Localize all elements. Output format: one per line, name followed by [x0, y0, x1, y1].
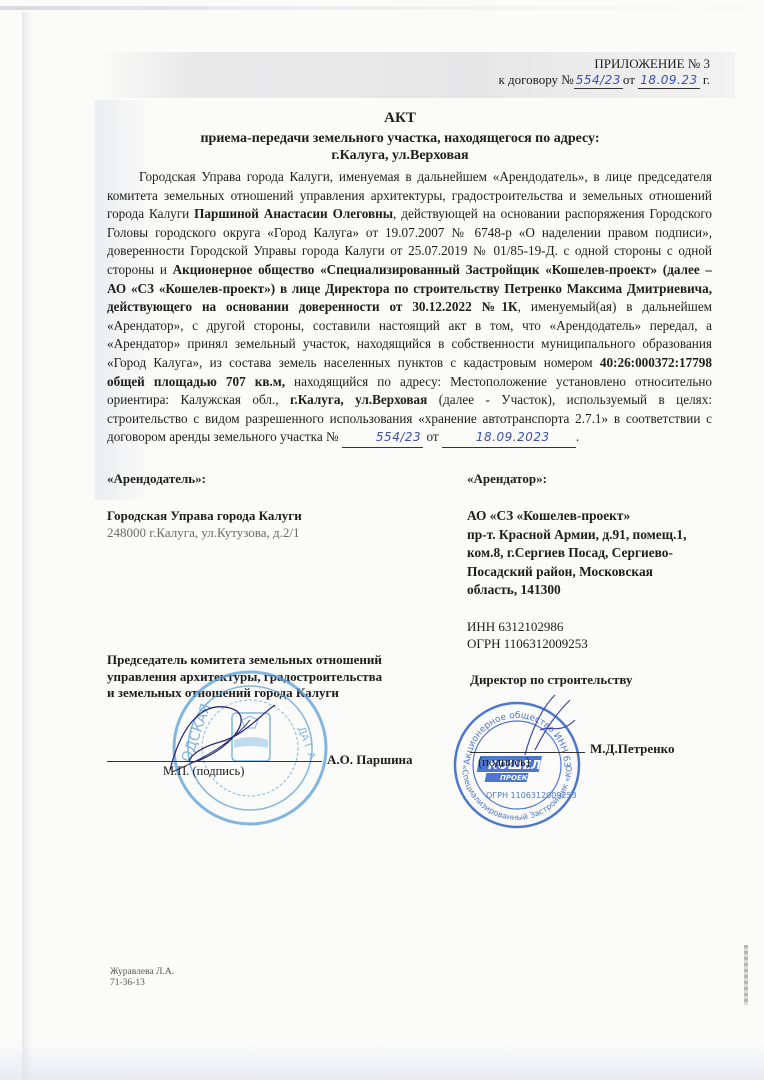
handwritten-contract-number: 554/23 — [574, 72, 623, 89]
svg-text:ДА Г А: ДА Г А — [295, 725, 317, 761]
lessee-position: Директор по строительству — [470, 672, 632, 688]
lessee-signer-name: М.Д.Петренко — [590, 741, 674, 757]
annex-title: ПРИЛОЖЕНИЕ № 3 — [498, 56, 710, 72]
lessee-ogrn: ОГРН 1106312009253 — [467, 635, 747, 652]
scan-shade — [0, 1040, 764, 1080]
lessor-position: Председатель комитета земельных отношени… — [107, 652, 417, 702]
lessee-address-line: пр-т. Красной Армии, д.91, помещ.1, — [467, 526, 747, 545]
handwritten-date: 18.09.23 — [638, 72, 699, 89]
lessor-heading: «Арендодатель»: — [107, 470, 427, 487]
handwritten-date: 18.09.2023 — [442, 428, 576, 448]
lessee-signature-caption: (подпись) — [478, 755, 530, 770]
lessee-heading: «Арендатор»: — [467, 470, 747, 487]
lessee-address-line: Посадский район, Московская — [467, 563, 747, 582]
lessor-block: «Арендодатель»: Городская Управа города … — [107, 470, 427, 541]
title-subject: приема-передачи земельного участка, нахо… — [100, 130, 700, 147]
lessee-inn: ИНН 6312102986 — [467, 618, 747, 635]
scan-edge-top — [0, 6, 764, 10]
act-body-paragraph: Городская Управа города Калуги, именуема… — [107, 168, 712, 448]
lessee-org: АО «СЗ «Кошелев-проект» — [467, 507, 747, 526]
lessor-signature-caption: М.П. (подпись) — [163, 764, 244, 779]
lessor-org: Городская Управа города Калуги — [107, 507, 427, 524]
plot-address: г.Калуга, ул.Верховая — [290, 392, 427, 407]
annex-header: ПРИЛОЖЕНИЕ № 3 к договору №554/23от 18.0… — [498, 56, 710, 89]
lessee-signature-line — [470, 752, 585, 753]
svg-text:ОГРН 1106312009253: ОГРН 1106312009253 — [486, 791, 577, 800]
scan-edge-left — [22, 12, 32, 1080]
lessor-signer-name: А.О. Паршина — [327, 752, 413, 768]
executor-phone: 71-36-13 — [110, 978, 174, 989]
lessor-signature-line — [107, 761, 322, 762]
title-address: г.Калуга, ул.Верховая — [100, 147, 700, 164]
scan-artifact — [744, 945, 748, 1005]
lessee-address-line: ком.8, г.Сергиев Посад, Сергиево- — [467, 544, 747, 563]
lessee-address-line: область, 141300 — [467, 581, 747, 600]
annex-contract-ref: к договору №554/23от 18.09.23 г. — [498, 72, 710, 89]
svg-text:ОДСКАЯ: ОДСКАЯ — [179, 702, 215, 765]
lessor-representative: Паршиной Анастасии Олеговны — [194, 206, 393, 221]
executor-name: Журавлева Л.А. — [110, 967, 174, 978]
lessee-signature-icon — [520, 690, 580, 760]
lessee-block: «Арендатор»: АО «СЗ «Кошелев-проект» пр-… — [467, 470, 747, 652]
executor-note: Журавлева Л.А. 71-36-13 — [110, 967, 174, 989]
document-title: АКТ приема-передачи земельного участка, … — [100, 110, 700, 164]
svg-text:ПРОЕКТ: ПРОЕКТ — [500, 774, 533, 782]
document-page: ПРИЛОЖЕНИЕ № 3 к договору №554/23от 18.0… — [0, 0, 764, 1080]
handwritten-contract-number: 554/23 — [342, 428, 423, 448]
lessor-address: 248000 г.Калуга, ул.Кутузова, д.2/1 — [107, 524, 427, 541]
title-act: АКТ — [100, 110, 700, 127]
